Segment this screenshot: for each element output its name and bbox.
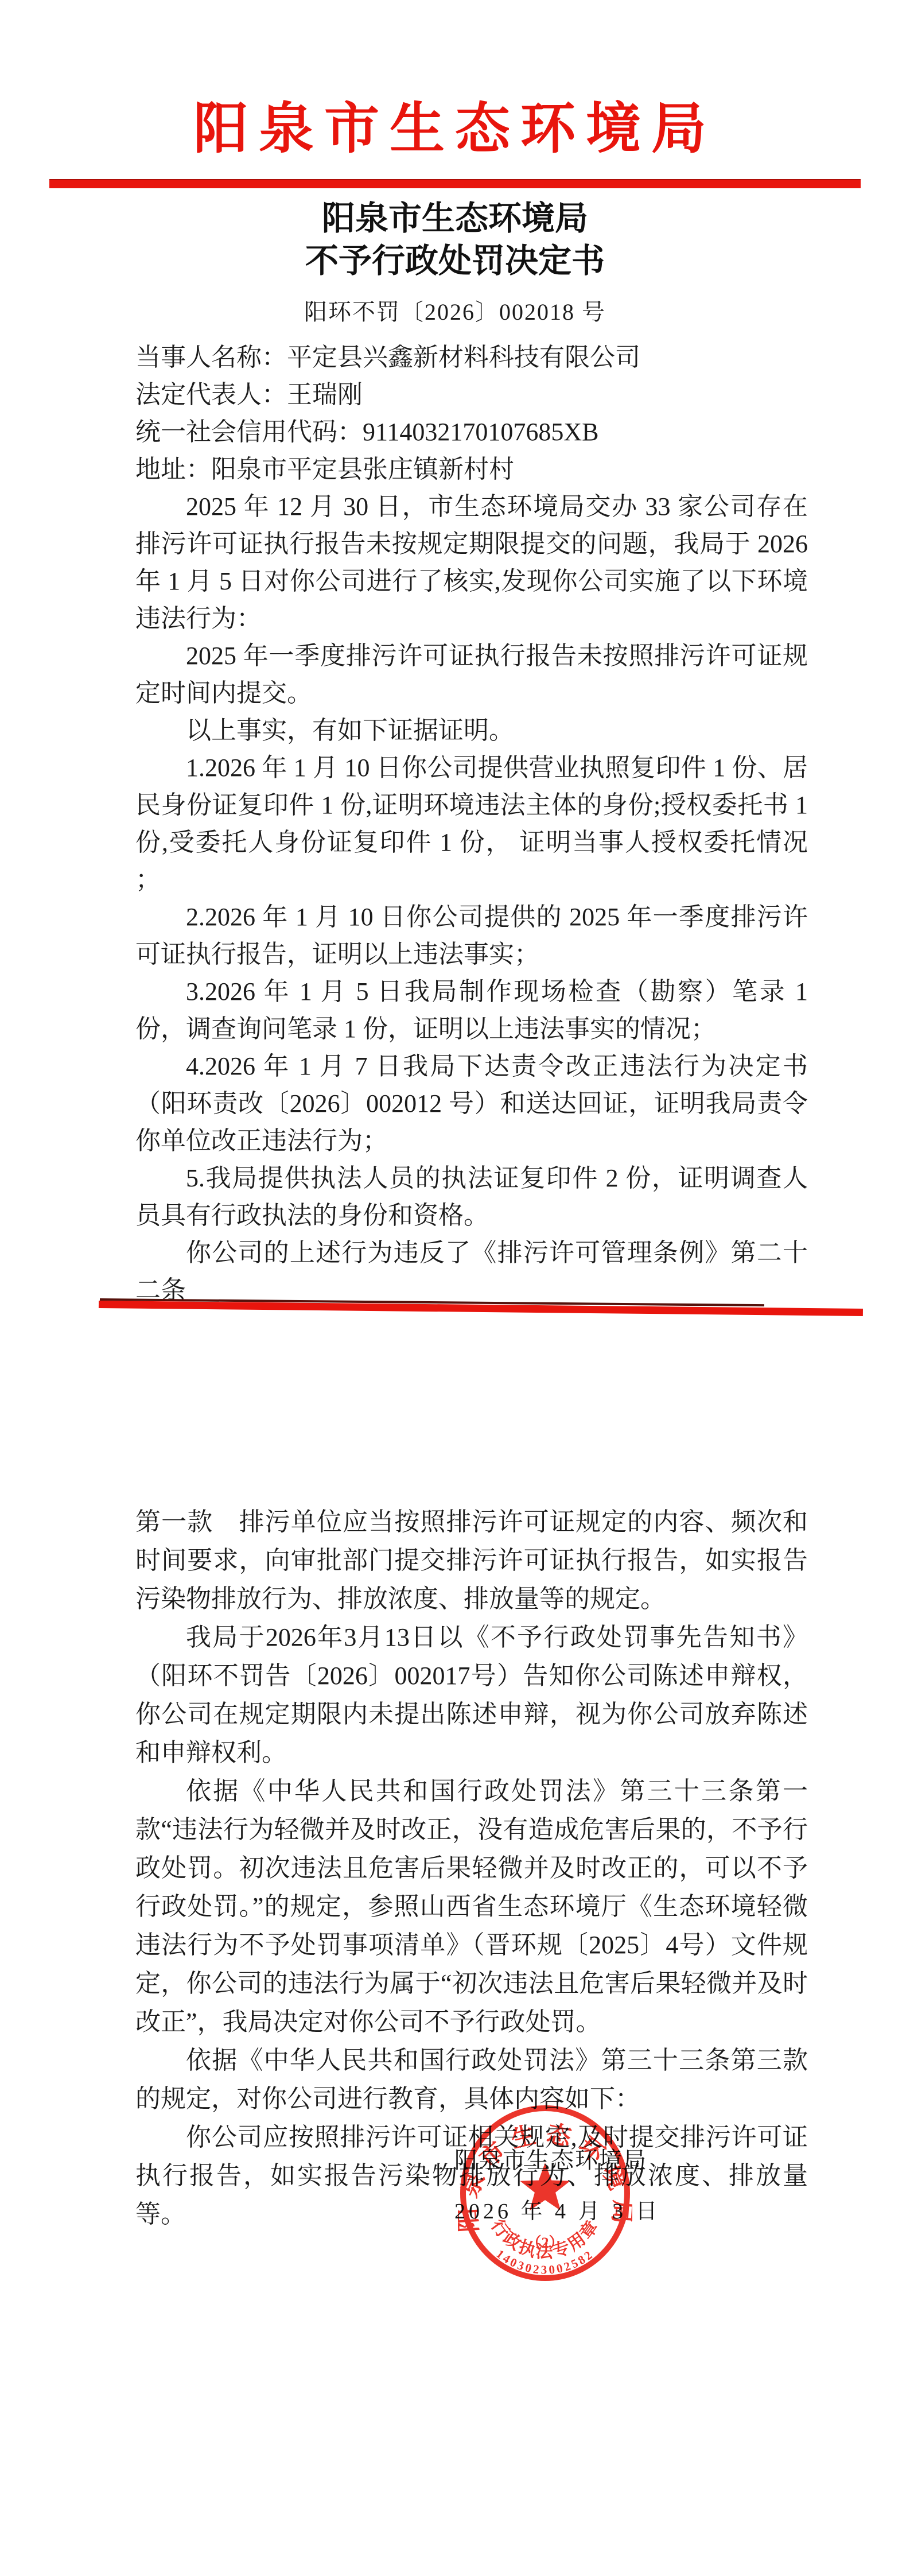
paragraph-evidence-intro: 以上事实，有如下证据证明。 [135,712,808,749]
letterhead-rule [49,179,861,188]
document-title: 阳泉市生态环境局 不予行政处罚决定书 [0,197,910,282]
official-document-page: 阳泉市生态环境局 阳泉市生态环境局 不予行政处罚决定书 阳环不罚〔2026〕00… [0,0,910,2576]
official-seal: 阳泉市生态环境局 行政执法专用章 （2） 1403023002582 [458,2103,632,2283]
star-icon [520,2163,570,2210]
paragraph-case-origin: 2025 年 12 月 30 日，市生态环境局交办 33 家公司存在排污许可证执… [135,488,808,637]
paragraph-evidence-3: 3.2026 年 1 月 5 日我局制作现场检查（勘察）笔录 1 份，调查询问笔… [135,973,808,1048]
paragraph-evidence-4: 4.2026 年 1 月 7 日我局下达责令改正违法行为决定书（阳环责改〔202… [135,1048,808,1159]
document-title-line2: 不予行政处罚决定书 [0,240,910,282]
legal-representative-line: 法定代表人：王瑞刚 [135,376,808,413]
address-line: 地址：阳泉市平定县张庄镇新村村 [135,451,808,488]
paragraph-evidence-2: 2.2026 年 1 月 10 日你公司提供的 2025 年一季度排污许可证执行… [135,898,808,973]
paragraph-evidence-1: 1.2026 年 1 月 10 日你公司提供营业执照复印件 1 份、居民身份证复… [135,749,808,898]
paragraph-violation: 2025 年一季度排污许可证执行报告未按照排污许可证规定时间内提交。 [135,637,808,712]
party-name-line: 当事人名称：平定县兴鑫新材料科技有限公司 [135,339,808,376]
document-body: 当事人名称：平定县兴鑫新材料科技有限公司 法定代表人：王瑞刚 统一社会信用代码：… [135,339,808,2233]
document-number: 阳环不罚〔2026〕002018 号 [0,294,910,327]
credit-code-line: 统一社会信用代码：9114032170107685XB [135,413,808,451]
paragraph-decision-basis: 依据《中华人民共和国行政处罚法》第三十三条第一款“违法行为轻微并及时改正，没有造… [135,1772,808,2041]
seal-number-label: （2） [526,2234,563,2251]
paragraph-prior-notice: 我局于2026年3月13日以《不予行政处罚事先告知书》（阳环不罚告〔2026〕0… [135,1618,808,1772]
document-title-line1: 阳泉市生态环境局 [0,197,910,240]
page-break-separator [135,1301,808,1309]
paragraph-evidence-5: 5.我局提供执法人员的执法证复印件 2 份，证明调查人员具有行政执法的身份和资格… [135,1159,808,1234]
paragraph-regulation-quote: 第一款 排污单位应当按照排污许可证规定的内容、频次和时间要求，向审批部门提交排污… [135,1503,808,1618]
letterhead-org-name: 阳泉市生态环境局 [0,85,910,164]
paragraph-legal-basis-lead: 你公司的上述行为违反了《排污许可管理条例》第二十二条 [135,1234,808,1309]
